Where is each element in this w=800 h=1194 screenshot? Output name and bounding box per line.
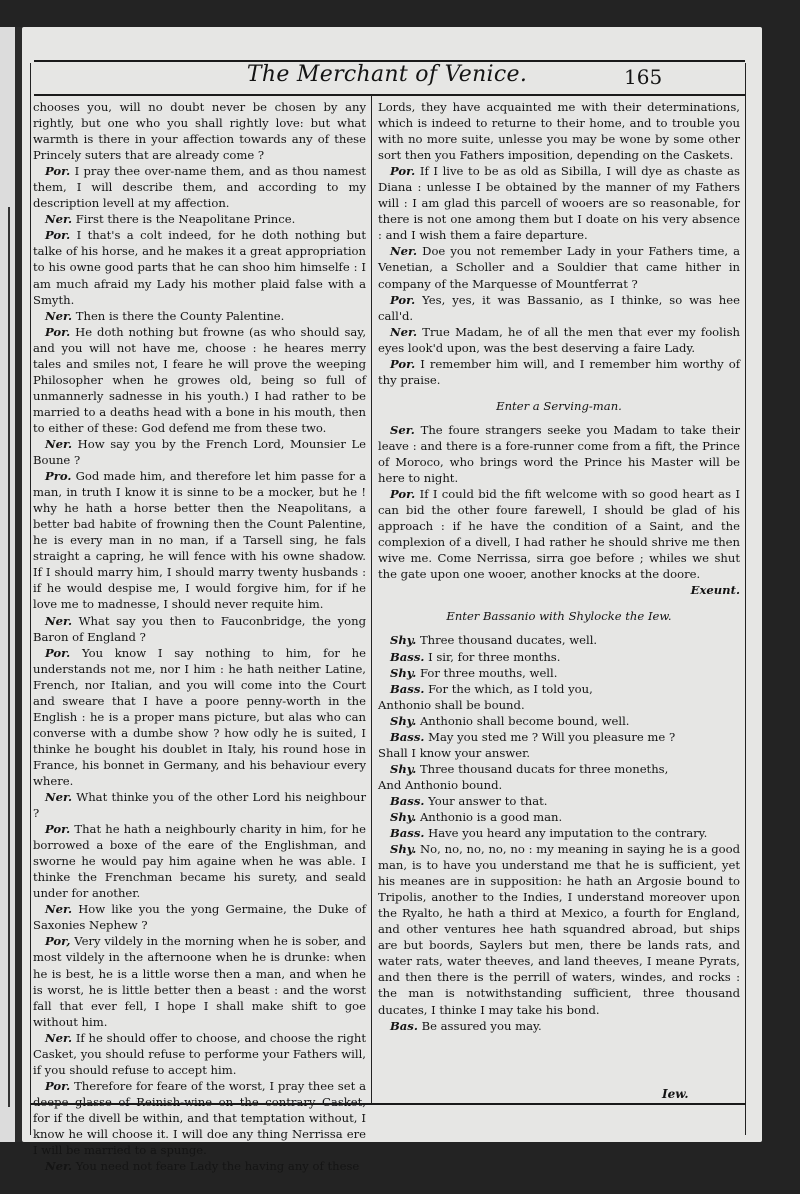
speaker-name: Por.: [45, 164, 70, 178]
speech-line: Bass. For the which, as I told you,: [378, 681, 740, 697]
speaker-name: Bass.: [390, 826, 424, 840]
speech-line: Ner. Doe you not remember Lady in your F…: [378, 243, 740, 291]
speaker-name: Por.: [45, 1079, 70, 1093]
speech-text: I remember him will, and I remember him …: [378, 357, 740, 387]
speaker-name: Ner.: [390, 244, 417, 258]
speech-text: How like you the yong Germaine, the Duke…: [33, 902, 366, 932]
speech-text: Enter a Serving-man.: [496, 399, 622, 413]
speech-line: chooses you, will no doubt never be chos…: [33, 99, 366, 163]
speech-line: Shy. Anthonio is a good man.: [378, 809, 740, 825]
speaker-name: Shy.: [390, 810, 416, 824]
speech-text: I pray thee over-name them, and as thou …: [33, 164, 366, 210]
speech-text: I that's a colt indeed, for he doth noth…: [33, 228, 366, 306]
speech-line: Por, Very vildely in the morning when he…: [33, 933, 366, 1029]
speech-line: Bass. I sir, for three months.: [378, 649, 740, 665]
speaker-name: Ner.: [45, 1031, 72, 1045]
speech-line: Por. If I live to be as old as Sibilla, …: [378, 163, 740, 243]
speech-text: What thinke you of the other Lord his ne…: [33, 790, 366, 820]
speech-text: If I live to be as old as Sibilla, I wil…: [378, 164, 740, 242]
speech-text: Enter Bassanio with Shylocke the Iew.: [446, 609, 671, 623]
column-divider: [371, 95, 372, 1103]
speaker-name: Ner.: [45, 902, 72, 916]
speech-line: Ser. The foure strangers seeke you Madam…: [378, 422, 740, 486]
speech-text: If he should offer to choose, and choose…: [33, 1031, 366, 1077]
speaker-name: Ner.: [45, 212, 72, 226]
speaker-name: Por.: [45, 325, 70, 339]
speech-line: Ner. If he should offer to choose, and c…: [33, 1030, 366, 1078]
speech-line: Por. Therefore for feare of the worst, I…: [33, 1078, 366, 1158]
speech-text: No, no, no, no, no : my meaning in sayin…: [378, 842, 740, 1016]
speech-line: Bas. Be assured you may.: [378, 1018, 740, 1034]
stage-direction: Enter a Serving-man.: [378, 398, 740, 414]
speaker-name: Shy.: [390, 842, 416, 856]
speech-text: Three thousand ducats for three moneths,: [420, 762, 668, 776]
speech-text: You know I say nothing to him, for he un…: [33, 646, 366, 788]
book-page: The Merchant of Venice. 165 chooses you,…: [22, 27, 762, 1142]
speech-text: True Madam, he of all the men that ever …: [378, 325, 740, 355]
speech-text: How say you by the French Lord, Mounsier…: [33, 437, 366, 467]
speech-line: Ner. How like you the yong Germaine, the…: [33, 901, 366, 933]
speech-text: Very vildely in the morning when he is s…: [33, 934, 366, 1028]
stage-direction: Enter Bassanio with Shylocke the Iew.: [378, 608, 740, 624]
speech-line: Shy. Three thousand ducates, well.: [378, 632, 740, 648]
verse-continuation: Shall I know your answer.: [378, 745, 740, 761]
verse-continuation: Anthonio shall be bound.: [378, 697, 740, 713]
left-column: chooses you, will no doubt never be chos…: [33, 99, 366, 1174]
previous-page-rule: [8, 207, 10, 1107]
bottom-rule: [30, 1103, 746, 1105]
speech-text: Therefore for feare of the worst, I pray…: [33, 1079, 366, 1157]
frame-right-rule: [745, 63, 746, 1135]
speaker-name: Ner.: [45, 790, 72, 804]
speech-line: Ner. First there is the Neapolitane Prin…: [33, 211, 366, 227]
speech-text: He doth nothing but frowne (as who shoul…: [33, 325, 366, 435]
speech-text: For the which, as I told you,: [428, 682, 593, 696]
speech-text: Anthonio shall become bound, well.: [420, 714, 630, 728]
speech-text: Yes, yes, it was Bassanio, as I thinke, …: [378, 293, 740, 323]
speech-line: Ner. How say you by the French Lord, Mou…: [33, 436, 366, 468]
speech-line: Ner. Then is there the County Palentine.: [33, 308, 366, 324]
speaker-name: Por.: [390, 164, 415, 178]
speaker-name: Shy.: [390, 666, 416, 680]
speaker-name: Por.: [45, 228, 70, 242]
frame-left-rule: [30, 63, 31, 1135]
speech-text: Anthonio shall be bound.: [378, 698, 525, 712]
speaker-name: Ner.: [45, 1159, 72, 1173]
speech-line: Por. If I could bid the fift welcome wit…: [378, 486, 740, 582]
speech-line: Pro. God made him, and therefore let him…: [33, 468, 366, 612]
speech-text: And Anthonio bound.: [378, 778, 502, 792]
title-rule: [34, 94, 745, 96]
speaker-name: Shy.: [390, 633, 416, 647]
speaker-name: Por.: [390, 293, 415, 307]
speech-text: What say you then to Fauconbridge, the y…: [33, 614, 366, 644]
speaker-name: Bas.: [390, 1019, 418, 1033]
speech-line: Por. You know I say nothing to him, for …: [33, 645, 366, 789]
speaker-name: Bass.: [390, 650, 424, 664]
speaker-name: Shy.: [390, 762, 416, 776]
speech-text: Have you heard any imputation to the con…: [428, 826, 707, 840]
speech-line: Shy. Anthonio shall become bound, well.: [378, 713, 740, 729]
exit-direction: Exeunt.: [378, 582, 740, 598]
speaker-name: Ner.: [45, 437, 72, 451]
page-number: 165: [624, 65, 662, 89]
speech-line: Shy. For three mouths, well.: [378, 665, 740, 681]
speech-text: That he hath a neighbourly charity in hi…: [33, 822, 366, 900]
speech-text: Anthonio is a good man.: [420, 810, 562, 824]
speech-text: For three mouths, well.: [420, 666, 557, 680]
speech-line: Por. Yes, yes, it was Bassanio, as I thi…: [378, 292, 740, 324]
speech-text: Then is there the County Palentine.: [76, 309, 285, 323]
speech-text: Shall I know your answer.: [378, 746, 530, 760]
speech-text: May you sted me ? Will you pleasure me ?: [428, 730, 675, 744]
speaker-name: Bass.: [390, 730, 424, 744]
speech-text: chooses you, will no doubt never be chos…: [33, 100, 366, 162]
speech-line: Por. He doth nothing but frowne (as who …: [33, 324, 366, 436]
speech-text: God made him, and therefore let him pass…: [33, 469, 366, 611]
catchword: Iew.: [662, 1087, 689, 1101]
book-gutter: [15, 27, 22, 1142]
speech-text: Your answer to that.: [428, 794, 547, 808]
speech-text: You need not feare Lady the having any o…: [76, 1159, 360, 1173]
speech-text: If I could bid the fift welcome with so …: [378, 487, 740, 581]
speech-text: Be assured you may.: [422, 1019, 542, 1033]
speaker-name: Por.: [390, 487, 415, 501]
speaker-name: Por.: [390, 357, 415, 371]
speech-line: Shy. No, no, no, no, no : my meaning in …: [378, 841, 740, 1018]
speech-line: Ner. What say you then to Fauconbridge, …: [33, 613, 366, 645]
speech-line: Ner. What thinke you of the other Lord h…: [33, 789, 366, 821]
speaker-name: Ner.: [45, 309, 72, 323]
speaker-name: Por.: [45, 822, 70, 836]
speech-line: Ner. True Madam, he of all the men that …: [378, 324, 740, 356]
speaker-name: Shy.: [390, 714, 416, 728]
speaker-name: Por.: [45, 646, 70, 660]
speaker-name: Pro.: [45, 469, 71, 483]
speech-line: Shy. Three thousand ducats for three mon…: [378, 761, 740, 777]
speaker-name: Ner.: [45, 614, 72, 628]
speech-text: Doe you not remember Lady in your Father…: [378, 244, 740, 290]
running-title: The Merchant of Venice.: [222, 62, 552, 87]
speech-line: Por. That he hath a neighbourly charity …: [33, 821, 366, 901]
speech-text: First there is the Neapolitane Prince.: [76, 212, 296, 226]
speech-text: Three thousand ducates, well.: [420, 633, 597, 647]
speaker-name: Bass.: [390, 682, 424, 696]
speech-text: The foure strangers seeke you Madam to t…: [378, 423, 740, 485]
speech-text: Lords, they have acquainted me with thei…: [378, 100, 740, 162]
speech-line: Por. I remember him will, and I remember…: [378, 356, 740, 388]
right-column: Lords, they have acquainted me with thei…: [378, 99, 740, 1034]
speech-text: I sir, for three months.: [428, 650, 560, 664]
speech-line: Por. I pray thee over-name them, and as …: [33, 163, 366, 211]
speech-line: Bass. Have you heard any imputation to t…: [378, 825, 740, 841]
speaker-name: Ser.: [390, 423, 415, 437]
speech-line: Por. I that's a colt indeed, for he doth…: [33, 227, 366, 307]
verse-continuation: And Anthonio bound.: [378, 777, 740, 793]
speech-text: Exeunt.: [691, 583, 740, 597]
speaker-name: Bass.: [390, 794, 424, 808]
speech-line: Bass. May you sted me ? Will you pleasur…: [378, 729, 740, 745]
speaker-name: Ner.: [390, 325, 417, 339]
speech-line: Lords, they have acquainted me with thei…: [378, 99, 740, 163]
speech-line: Ner. You need not feare Lady the having …: [33, 1158, 366, 1174]
speaker-name: Por,: [45, 934, 70, 948]
previous-page-edge: [0, 27, 16, 1142]
speech-line: Bass. Your answer to that.: [378, 793, 740, 809]
